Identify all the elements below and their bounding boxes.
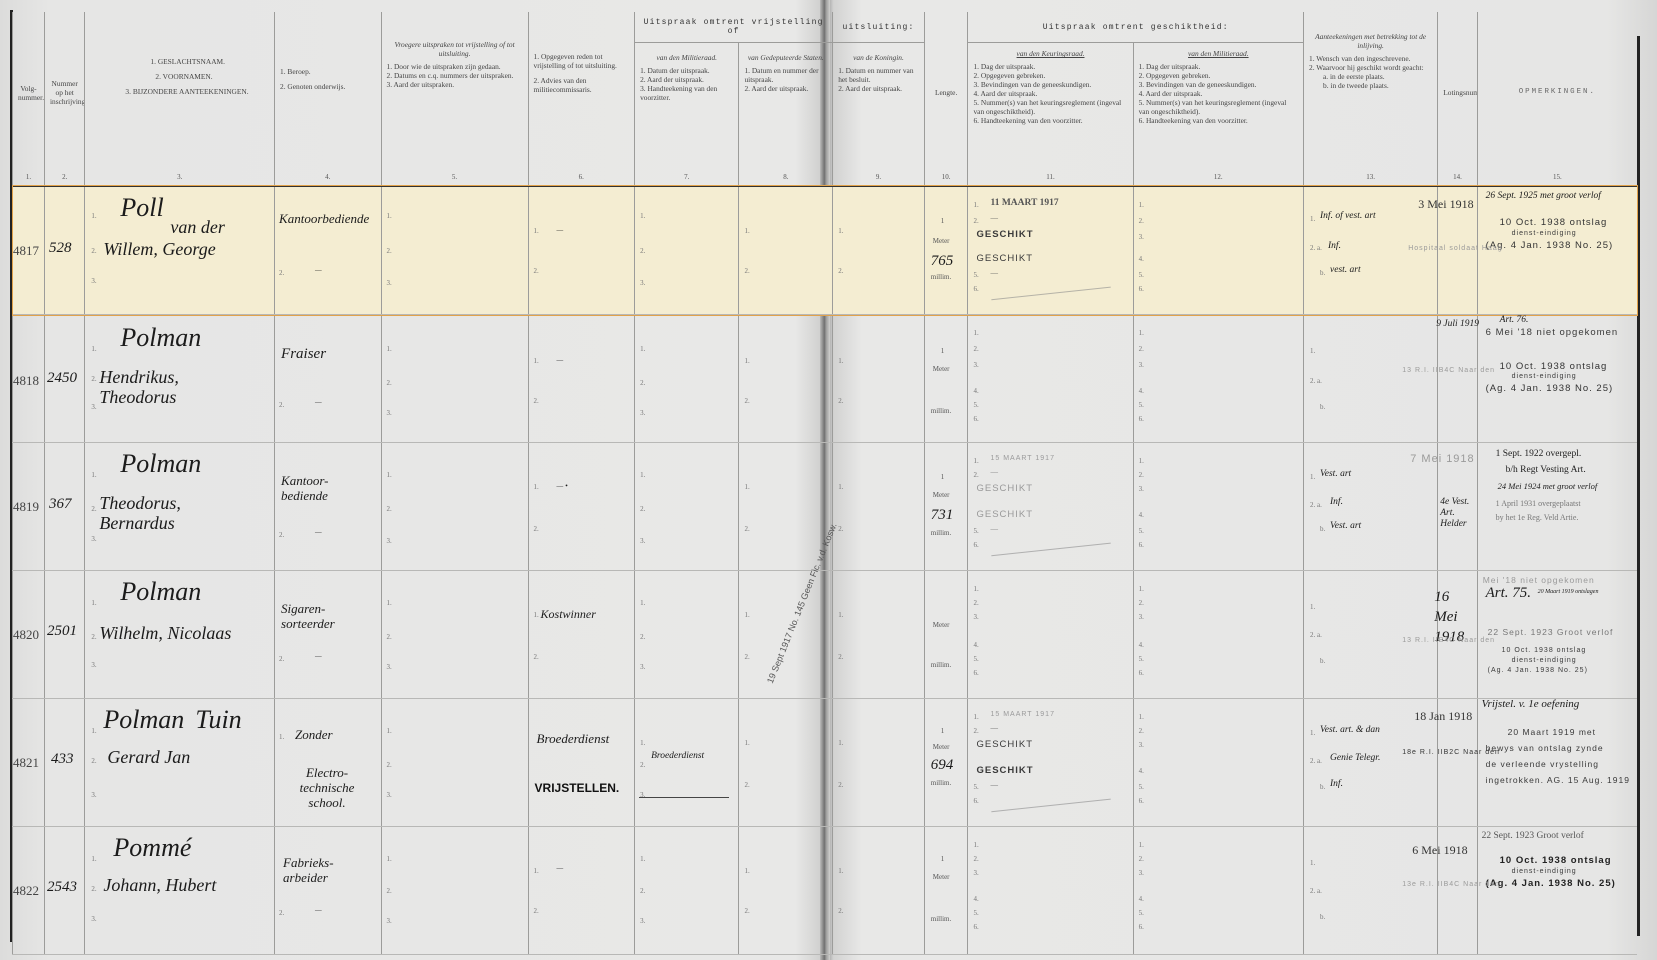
length-cell: Meter millim. — [924, 571, 968, 699]
register-number-cell: 367 — [44, 443, 84, 571]
keuringsraad-cell: 1.2.3.4.5.6. — [968, 571, 1133, 699]
stated-reason-cell: Broederdienst VRIJSTELLEN. — [528, 699, 635, 827]
length-cell: 1 Meter millim. — [924, 315, 968, 443]
name-cell: 1.2.3. Pommé Johann, Hubert — [85, 827, 275, 955]
header-koningin: van de Koningin. 1. Datum en nummer van … — [833, 43, 925, 173]
surname: Pommé — [113, 833, 191, 863]
militia-register-table: Volg-nummer. Nummer op het inschrijvings… — [12, 12, 1637, 955]
occupation-cell: 1.Zonder Electro-technische school. — [275, 699, 382, 827]
header-enlistment-notes: Aanteekeningen met betrekking tot de inl… — [1304, 12, 1438, 173]
volgnummer-cell: 4818 — [13, 315, 45, 443]
militieraad-cell: 1.2.3. — [635, 186, 739, 315]
exemption-stamp: VRIJSTELLEN. — [535, 781, 620, 795]
given-names: Johann, Hubert — [103, 875, 216, 896]
header-volgnummer: Volg-nummer. — [13, 12, 45, 173]
header-militieraad: van den Militieraad. 1. Datum der uitspr… — [635, 43, 739, 173]
remarks-cell: 1 Sept. 1922 overgepl. b/h Regt Vesting … — [1477, 443, 1637, 571]
length-cell: 1 Meter 765 millim. — [924, 186, 968, 315]
given-names: Willem, George — [103, 239, 215, 260]
chairman-signature — [990, 267, 1112, 300]
gedeputeerde-cell: 1.2. — [739, 186, 833, 315]
volgnummer-cell: 4817 — [13, 186, 45, 315]
previous-rulings-cell: 1.2.3. — [381, 443, 528, 571]
right-border-rule — [1637, 36, 1640, 936]
length-cell: 1 Meter 694 millim. — [924, 699, 968, 827]
header-group-exemption-right: uitsluiting: — [833, 12, 925, 43]
occupation-cell: Fabrieks-arbeider 2.— — [275, 827, 382, 955]
name-cell: 1.2.3. Polman Tuin Gerard Jan — [85, 699, 275, 827]
keuringsraad-cell: 1.2.3.4.5.6. — [968, 315, 1133, 443]
header-previous-rulings: Vroegere uitspraken tot vrijstelling of … — [381, 12, 528, 173]
chairman-signature — [990, 523, 1112, 556]
stated-reason-cell: 1.— •2. — [528, 443, 635, 571]
gedeputeerde-cell: 1.2. — [739, 315, 833, 443]
enlistment-notes-cell: 1.2. a.b. — [1304, 315, 1438, 443]
koningin-cell: 1.2. — [833, 827, 925, 955]
militieraad-fitness-cell: 1.2.3.4.5.6. — [1133, 315, 1303, 443]
militieraad-fitness-cell: 1.2.3.4.5.6. — [1133, 827, 1303, 955]
header-lottery-number: Lotingsnummer. — [1438, 12, 1477, 173]
stated-reason-cell: 1.—2. — [528, 315, 635, 443]
register-book-scan: Volg-nummer. Nummer op het inschrijvings… — [0, 0, 1657, 960]
previous-rulings-cell: 1.2.3. — [381, 827, 528, 955]
name-cell: 1.2.3. Poll van der Willem, George — [85, 186, 275, 315]
name-cell: 1.2.3. Polman Hendrikus, Theodorus — [85, 315, 275, 443]
remarks-cell: 22 Sept. 1923 Groot verlof 10 Oct. 1938 … — [1477, 827, 1637, 955]
header-keuringsraad: van den Keuringsraad. 1. Dag der uitspra… — [968, 43, 1133, 173]
volgnummer-cell: 4821 — [13, 699, 45, 827]
volgnummer-cell: 4820 — [13, 571, 45, 699]
militieraad-cell: 1.2.3. Broederdienst — [635, 699, 739, 827]
name-cell: 1.2.3. Polman Wilhelm, Nicolaas — [85, 571, 275, 699]
column-number-row: 1. 2. 3. 4. 5. 6. 7. 8. 9. 10. 11. 12. 1… — [13, 173, 1638, 186]
surname: Polman — [120, 577, 201, 607]
header-remarks: OPMERKINGEN. — [1477, 12, 1637, 173]
surname: Polman — [120, 449, 201, 479]
previous-rulings-cell: 1.2.3. — [381, 186, 528, 315]
header-group-fitness: Uitspraak omtrent geschiktheid: — [968, 12, 1304, 43]
lottery-cell: 6 Mei 1918 13e R.I. IIB4C Naar den — [1438, 827, 1477, 955]
given-names: Hendrikus, Theodorus — [99, 367, 249, 407]
surname: Polman — [103, 705, 184, 735]
occupation-cell: Kantoor-bediende 2.— — [275, 443, 382, 571]
stated-reason-cell: 1.—2. — [528, 827, 635, 955]
header-length: Lengte. — [924, 12, 968, 173]
militieraad-fitness-cell: 1.2.3.4.5.6. — [1133, 571, 1303, 699]
gedeputeerde-cell: 1.2. — [739, 699, 833, 827]
lottery-cell: 9 Juli 1919 13 R.I. IIB4C Naar den — [1438, 315, 1477, 443]
length-cell: 1 Meter millim. — [924, 827, 968, 955]
previous-rulings-cell: 1.2.3. — [381, 571, 528, 699]
militieraad-cell: 1.2.3. — [635, 827, 739, 955]
lottery-cell: 18 Jan 1918 18e R.I. IIB2C Naar den — [1438, 699, 1477, 827]
surname-prefix: van der — [170, 217, 224, 238]
header-names: 1. GESLACHTSNAAM. 2. VOORNAMEN. 3. BIJZO… — [85, 12, 275, 173]
koningin-cell: 1.2. — [833, 186, 925, 315]
remarks-cell: Art. 76. 6 Mei '18 niet opgekomen 10 Oct… — [1477, 315, 1637, 443]
koningin-cell: 1.2. — [833, 443, 925, 571]
previous-rulings-cell: 1.2.3. — [381, 699, 528, 827]
stated-reason-cell: 1.—2. — [528, 186, 635, 315]
remarks-cell: 6 Mei '18 niet opgekomen Art. 75. 20 Maa… — [1477, 571, 1637, 699]
register-row[interactable]: 4817 528 1.2.3. Poll van der Willem, Geo… — [13, 186, 1638, 315]
given-names: Gerard Jan — [107, 747, 190, 768]
militieraad-cell: 1.2.3. — [635, 571, 739, 699]
chairman-signature — [639, 777, 729, 798]
previous-rulings-cell: 1.2.3. — [381, 315, 528, 443]
koningin-cell: 1.2. — [833, 315, 925, 443]
surname: Polman — [120, 323, 201, 353]
occupation-cell: Kantoorbediende 2.— — [275, 186, 382, 315]
chairman-signature — [990, 779, 1112, 812]
register-number-cell: 2543 — [44, 827, 84, 955]
length-cell: 1 Meter 731 millim. — [924, 443, 968, 571]
register-row[interactable]: 4818 2450 1.2.3. Polman Hendrikus, Theod… — [13, 315, 1638, 443]
enlistment-notes-cell: 1.2. a.b. — [1304, 571, 1438, 699]
keuringsraad-cell: 1.15 MAART 1917 2.— GESCHIKT GESCHIKT 5.… — [968, 443, 1133, 571]
surname-prefix: Tuin — [195, 705, 241, 735]
register-number-cell: 528 — [44, 186, 84, 315]
header-group-exemption-left: Uitspraak omtrent vrijstelling of — [635, 12, 833, 43]
register-row[interactable]: 4822 2543 1.2.3. Pommé Johann, Hubert Fa… — [13, 827, 1638, 955]
header-militieraad-fitness: van den Militieraad. 1. Dag der uitspraa… — [1133, 43, 1303, 173]
register-number-cell: 433 — [44, 699, 84, 827]
given-names: Theodorus, Bernardus — [99, 493, 254, 533]
militieraad-cell: 1.2.3. — [635, 443, 739, 571]
occupation-cell: Sigaren-sorteerder 2.— — [275, 571, 382, 699]
lottery-cell: 16 Mei 1918 13 R.I. IIB4C Naar den — [1438, 571, 1477, 699]
militieraad-fitness-cell: 1.2.3.4.5.6. — [1133, 186, 1303, 315]
stated-reason-cell: 1.Kostwinner2. — [528, 571, 635, 699]
keuringsraad-cell: 1.15 MAART 1917 2.— GESCHIKT GESCHIKT 5.… — [968, 699, 1133, 827]
lottery-cell: 7 Mei 1918 4e Vest. Art. Helder — [1438, 443, 1477, 571]
lottery-cell: 3 Mei 1918 Hospitaal soldaat Haag — [1438, 186, 1477, 315]
keuringsraad-cell: 1.11 MAART 1917 2.— GESCHIKT GESCHIKT 5.… — [968, 186, 1133, 315]
register-number-cell: 2450 — [44, 315, 84, 443]
militieraad-fitness-cell: 1.2.3.4.5.6. — [1133, 443, 1303, 571]
gedeputeerde-cell: 1.2. 19 Sept 1917 No. 145 Geen Fic. v.d.… — [739, 571, 833, 699]
register-number-cell: 2501 — [44, 571, 84, 699]
header-register-number: Nummer op het inschrijvingsregister. — [44, 12, 84, 173]
koningin-cell: 1.2. — [833, 571, 925, 699]
header-gedeputeerde-staten: van Gedeputeerde Staten. 1. Datum en num… — [739, 43, 833, 173]
register-row[interactable]: 4821 433 1.2.3. Polman Tuin Gerard Jan 1… — [13, 699, 1638, 827]
remarks-cell: Vrijstel. v. 1e oefening 20 Maart 1919 m… — [1477, 699, 1637, 827]
volgnummer-cell: 4822 — [13, 827, 45, 955]
given-names: Wilhelm, Nicolaas — [99, 623, 231, 644]
volgnummer-cell: 4819 — [13, 443, 45, 571]
occupation-cell: Fraiser 2.— — [275, 315, 382, 443]
militieraad-fitness-cell: 1.2.3.4.5.6. — [1133, 699, 1303, 827]
keuringsraad-cell: 1.2.3.4.5.6. — [968, 827, 1133, 955]
gedeputeerde-cell: 1.2. — [739, 827, 833, 955]
koningin-cell: 1.2. — [833, 699, 925, 827]
header-occupation: 1. Beroep. 2. Genoten onderwijs. — [275, 12, 382, 173]
register-row[interactable]: 4820 2501 1.2.3. Polman Wilhelm, Nicolaa… — [13, 571, 1638, 699]
surname: Poll — [120, 193, 163, 223]
militieraad-cell: 1.2.3. — [635, 315, 739, 443]
header-stated-reason: 1. Opgegeven reden tot vrijstelling of t… — [528, 12, 635, 173]
name-cell: 1.2.3. Polman Theodorus, Bernardus — [85, 443, 275, 571]
